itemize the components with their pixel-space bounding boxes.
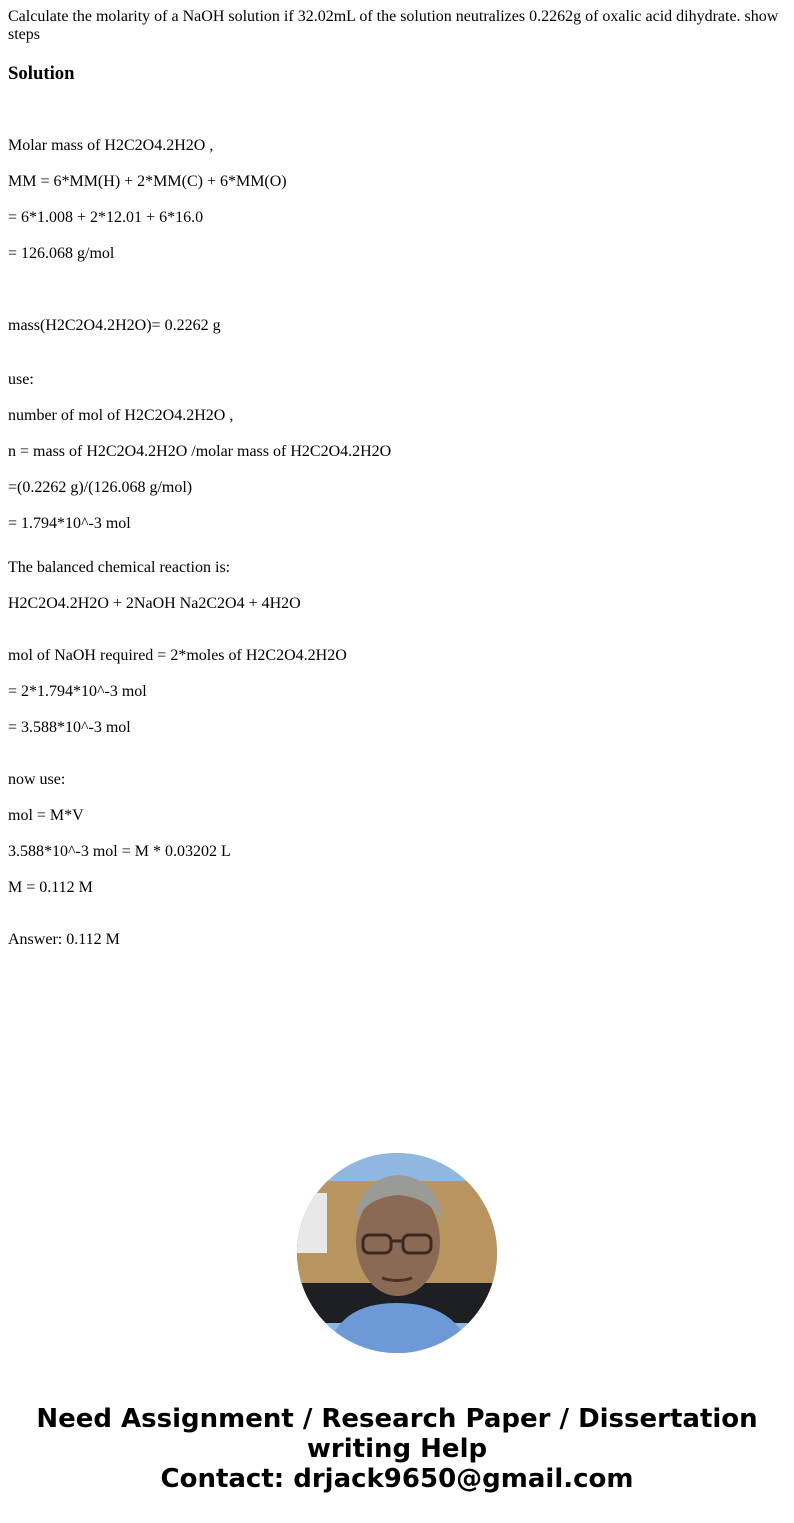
author-avatar: [297, 1153, 497, 1353]
mass-block: mass(H2C2O4.2H2O)= 0.2262 g: [8, 299, 786, 335]
moles-block: use: number of mol of H2C2O4.2H2O , n = …: [8, 353, 786, 533]
naoh-moles-block: mol of NaOH required = 2*moles of H2C2O4…: [8, 629, 786, 737]
molar-mass-block: Molar mass of H2C2O4.2H2O , MM = 6*MM(H)…: [8, 119, 786, 263]
document-body: Calculate the molarity of a NaOH solutio…: [8, 8, 786, 949]
reaction-block: The balanced chemical reaction is: H2C2O…: [8, 541, 786, 613]
promo-line-2: writing Help: [0, 1434, 794, 1464]
molarity-block: now use: mol = M*V 3.588*10^-3 mol = M *…: [8, 753, 786, 897]
answer-text: Answer: 0.112 M: [8, 913, 786, 949]
promo-line-1: Need Assignment / Research Paper / Disse…: [0, 1404, 794, 1434]
promo-banner: Need Assignment / Research Paper / Disse…: [0, 1404, 794, 1494]
promo-contact: Contact: drjack9650@gmail.com: [0, 1464, 794, 1494]
solution-heading: Solution: [8, 63, 786, 85]
portrait-icon: [297, 1153, 497, 1353]
question-text: Calculate the molarity of a NaOH solutio…: [8, 8, 786, 44]
